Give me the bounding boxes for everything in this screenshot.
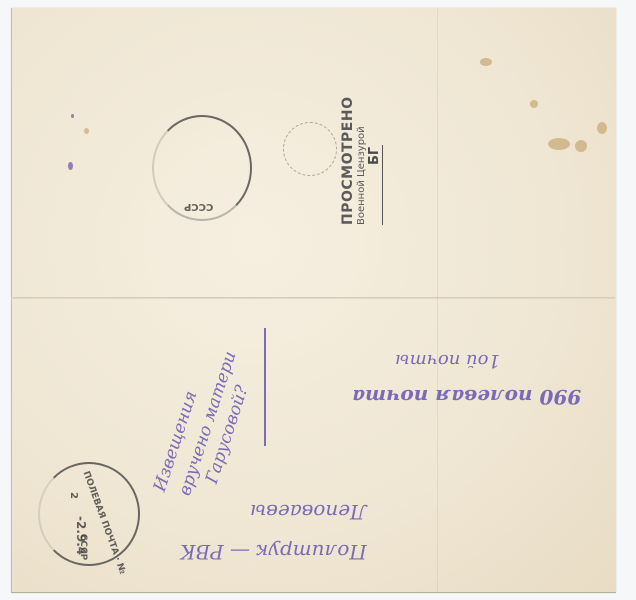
address-line1: 990 полевая почта	[352, 385, 581, 409]
postmark-bottom: ПОЛЕВАЯ ПОЧТА · № 2 -2.9.4 СССР	[38, 462, 140, 566]
censor-line2: Военной Цензурой	[356, 95, 367, 225]
ink-dot	[68, 162, 73, 170]
stain	[597, 122, 607, 134]
censor-line1: ПРОСМОТРЕНО	[340, 95, 356, 225]
postmark-top: СССР	[152, 115, 252, 221]
stain	[575, 140, 587, 152]
vertical-fold	[437, 8, 438, 592]
censor-line3: БГ	[367, 145, 383, 225]
horizontal-fold	[11, 297, 615, 299]
stain	[530, 100, 538, 108]
postmark-bottom-text: СССР	[78, 534, 88, 560]
stain	[548, 138, 570, 150]
ink-dot	[71, 114, 74, 118]
pen-stroke	[264, 328, 266, 446]
stain	[84, 128, 89, 134]
postmark-top-text: СССР	[184, 201, 213, 212]
address-line2: 1ой почты	[395, 350, 500, 371]
sender-line2: Политрук — РВК	[180, 540, 367, 564]
sender-line1: Леповаевы	[250, 500, 367, 524]
censor-stamp: ПРОСМОТРЕНО Военной Цензурой БГ	[320, 105, 410, 245]
postmark-number: 2	[68, 492, 79, 499]
stain	[480, 58, 492, 66]
